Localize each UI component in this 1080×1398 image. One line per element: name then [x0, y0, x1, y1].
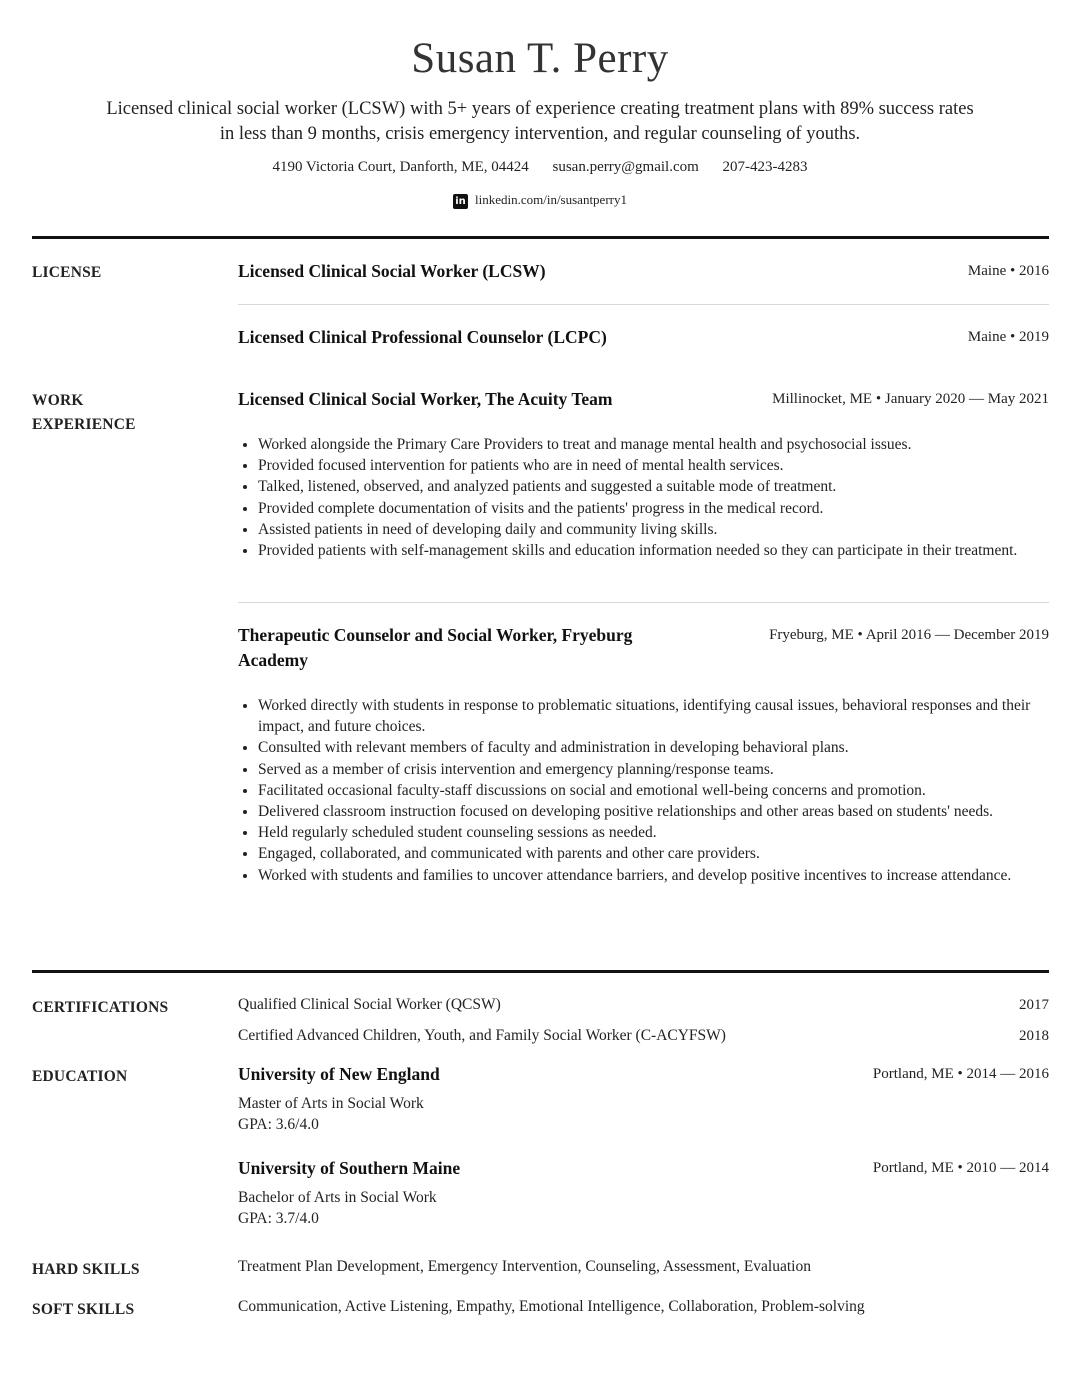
list-item: Assisted patients in need of developing … — [258, 519, 1070, 540]
section-divider — [32, 236, 1049, 239]
job-title: Licensed Clinical Social Worker, The Acu… — [238, 387, 613, 412]
license-title: Licensed Clinical Social Worker (LCSW) — [238, 259, 546, 284]
school-meta: Portland, ME • 2010 — 2014 — [873, 1158, 1049, 1178]
linkedin-link[interactable]: linkedin.com/in/susantperry1 — [475, 192, 627, 207]
license-meta: Maine • 2019 — [968, 327, 1049, 347]
section-label-license: LICENSE — [32, 261, 212, 285]
list-item: Worked directly with students in respons… — [258, 695, 1070, 737]
linkedin-row: inlinkedin.com/in/susantperry1 — [0, 192, 1080, 209]
list-item: Provided focused intervention for patien… — [258, 455, 1070, 476]
gpa: GPA: 3.7/4.0 — [238, 1208, 319, 1230]
job-title: Therapeutic Counselor and Social Worker,… — [238, 623, 718, 673]
license-meta: Maine • 2016 — [968, 261, 1049, 281]
section-label-education: EDUCATION — [32, 1065, 212, 1089]
school-meta: Portland, ME • 2014 — 2016 — [873, 1064, 1049, 1084]
section-label-certifications: CERTIFICATIONS — [32, 996, 212, 1020]
job-bullets: Worked directly with students in respons… — [238, 695, 1070, 886]
degree: Master of Arts in Social Work — [238, 1093, 424, 1115]
phone: 207-423-4283 — [723, 159, 808, 175]
certification-name: Qualified Clinical Social Worker (QCSW) — [238, 994, 501, 1016]
soft-skills-list: Communication, Active Listening, Empathy… — [238, 1296, 865, 1318]
section-divider — [32, 970, 1049, 973]
list-item: Worked with students and families to unc… — [258, 865, 1070, 886]
gpa: GPA: 3.6/4.0 — [238, 1114, 319, 1136]
license-title: Licensed Clinical Professional Counselor… — [238, 325, 607, 350]
item-divider — [238, 304, 1049, 305]
list-item: Consulted with relevant members of facul… — [258, 737, 1070, 758]
candidate-name: Susan T. Perry — [0, 34, 1080, 83]
list-item: Engaged, collaborated, and communicated … — [258, 843, 1070, 864]
school-name: University of New England — [238, 1062, 440, 1087]
list-item: Provided patients with self-management s… — [258, 540, 1070, 561]
list-item: Facilitated occasional faculty-staff dis… — [258, 780, 1070, 801]
hard-skills-list: Treatment Plan Development, Emergency In… — [238, 1256, 811, 1278]
contact-info: 4190 Victoria Court, Danforth, ME, 04424… — [0, 159, 1080, 176]
list-item: Held regularly scheduled student counsel… — [258, 822, 1070, 843]
address: 4190 Victoria Court, Danforth, ME, 04424 — [272, 159, 528, 175]
list-item: Provided complete documentation of visit… — [258, 498, 1070, 519]
certification-name: Certified Advanced Children, Youth, and … — [238, 1025, 726, 1047]
list-item: Served as a member of crisis interventio… — [258, 759, 1070, 780]
certification-year: 2018 — [1019, 1026, 1049, 1046]
linkedin-icon: in — [453, 194, 468, 209]
section-label-work-experience: WORK EXPERIENCE — [32, 389, 212, 437]
list-item: Talked, listened, observed, and analyzed… — [258, 476, 1070, 497]
school-name: University of Southern Maine — [238, 1156, 460, 1181]
item-divider — [238, 602, 1049, 603]
list-item: Delivered classroom instruction focused … — [258, 801, 1070, 822]
list-item: Worked alongside the Primary Care Provid… — [258, 434, 1070, 455]
section-label-hard-skills: HARD SKILLS — [32, 1258, 212, 1282]
certification-year: 2017 — [1019, 995, 1049, 1015]
email-link[interactable]: susan.perry@gmail.com — [553, 159, 699, 175]
job-meta: Fryeburg, ME • April 2016 — December 201… — [769, 625, 1049, 645]
job-meta: Millinocket, ME • January 2020 — May 202… — [772, 389, 1049, 409]
job-bullets: Worked alongside the Primary Care Provid… — [238, 434, 1070, 561]
professional-summary: Licensed clinical social worker (LCSW) w… — [100, 97, 980, 147]
degree: Bachelor of Arts in Social Work — [238, 1187, 437, 1209]
section-label-soft-skills: SOFT SKILLS — [32, 1298, 212, 1322]
